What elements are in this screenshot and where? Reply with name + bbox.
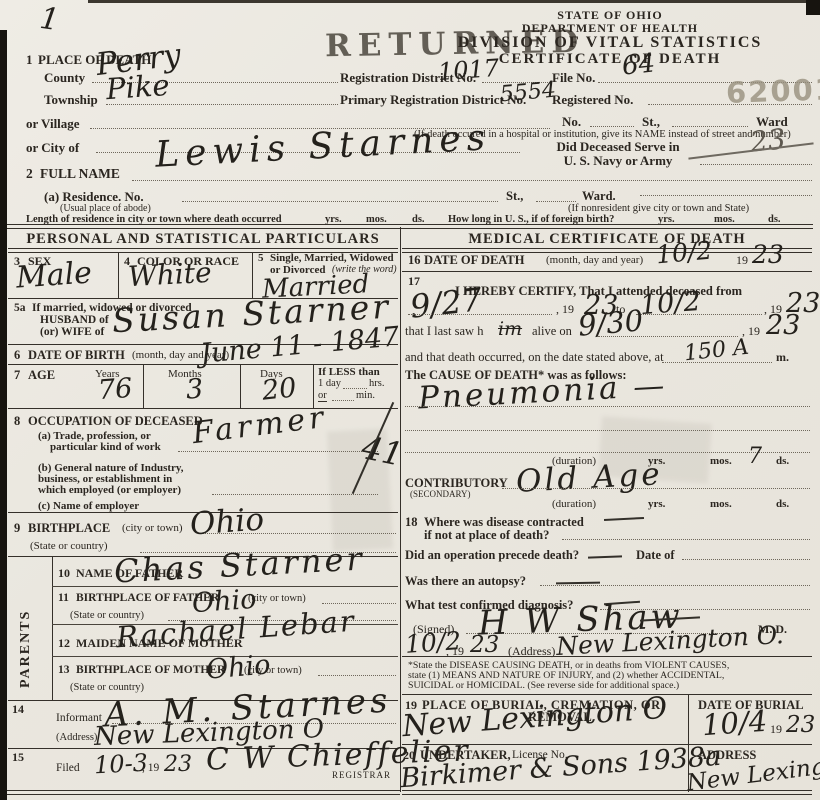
row-rule: [8, 364, 398, 365]
sex-cell-divider: [118, 252, 119, 298]
if-less-label-1: If LESS than: [318, 366, 380, 378]
filed-number: 15: [12, 750, 24, 765]
state-header-line3: DIVISION OF VITAL STATISTICS: [410, 34, 810, 52]
attended-to-value: 10/2: [639, 286, 702, 321]
secondary-duration-ds: ds.: [776, 498, 789, 510]
date-of-death-19: 19: [736, 253, 748, 268]
primary-registration-label: Primary Registration District No.: [340, 92, 526, 108]
occupation-label: OCCUPATION OF DECEASED: [28, 414, 203, 429]
row-rule: [8, 408, 398, 409]
residence-st-label: St.,: [506, 189, 523, 204]
father-birthplace-number: 11: [58, 592, 69, 604]
serve-line: [700, 164, 812, 165]
occupation-c-label: (c) Name of employer: [38, 500, 139, 512]
signed-year: 23: [470, 632, 499, 658]
fullname-label: FULL NAME: [40, 166, 120, 182]
date-of-death-label: DATE OF DEATH: [424, 253, 524, 268]
contributory-value: Old Age: [515, 456, 663, 500]
informant-number: 14: [12, 702, 24, 717]
father-birthplace-note: (city or town): [248, 593, 306, 604]
date-of-death-value: 10/2: [655, 236, 713, 270]
secondary-duration-yrs: yrs.: [648, 498, 665, 510]
bottom-rule-left: [7, 790, 400, 795]
marital-number: 5: [258, 252, 264, 264]
age-days-value: 20: [260, 372, 297, 406]
burial-date-value: 10/4: [701, 704, 768, 742]
attended-to-line: [636, 314, 762, 315]
spouse-label-2: HUSBAND of: [40, 314, 109, 326]
serve-value: 23: [748, 122, 787, 159]
attended-from-line: [408, 314, 552, 315]
age-years-value: 76: [97, 373, 133, 406]
secondary-duration-mos: mos.: [710, 498, 732, 510]
scan-edge-left: [0, 30, 7, 800]
burial-year: 23: [786, 712, 815, 738]
residence-ward-label: Ward.: [582, 189, 616, 204]
primary-registration-value: 5554: [499, 78, 557, 108]
operation-answer-dash: [588, 555, 622, 558]
operation-date-line: [682, 559, 810, 560]
last-saw-label-2: alive on: [532, 324, 572, 339]
age-number: 7: [14, 368, 20, 383]
marital-label-1: Single, Married, Widowed: [270, 252, 394, 264]
filed-date-value: 10-3: [93, 749, 148, 780]
abode-note: (Usual place of abode): [60, 203, 151, 214]
race-cell-divider: [252, 252, 253, 298]
date-of-death-note: (month, day and year): [546, 254, 643, 266]
informant-address-label: (Address): [56, 732, 97, 743]
filed-19-printed: , 19: [142, 762, 159, 774]
operation-label: Did an operation precede death?: [405, 548, 579, 563]
birthplace-number: 9: [14, 521, 20, 536]
county-label: County: [44, 70, 85, 86]
cause-duration-ds-value: 7: [748, 444, 762, 469]
q18-line: [562, 539, 810, 540]
father-number: 10: [58, 566, 70, 581]
birthplace-note-2: (State or country): [30, 540, 108, 552]
dob-number: 6: [14, 348, 20, 363]
last-saw-scribble: im: [498, 318, 522, 340]
age-cell-divider: [143, 364, 144, 408]
mother-birthplace-number: 13: [58, 664, 70, 676]
if-less-hrs: hrs.: [369, 378, 384, 389]
mother-birthplace-note-2: (State or country): [70, 682, 144, 693]
corner-mark: 1: [38, 1, 62, 38]
death-occurred-label: and that death occurred, on the date sta…: [405, 350, 664, 365]
scan-edge-top: [88, 0, 820, 3]
registered-no-label: Registered No.: [552, 92, 633, 108]
file-no-value: 64: [621, 48, 657, 81]
registrar-label: REGISTRAR: [332, 770, 391, 780]
footnote-line3: SUICIDAL or HOMICIDAL. (See reverse side…: [408, 680, 679, 691]
filed-label: Filed: [56, 762, 80, 774]
birthplace-note: (city or town): [122, 522, 182, 534]
contributory-note: (SECONDARY): [410, 489, 471, 499]
sex-value: Male: [15, 255, 93, 295]
operation-date-label: Date of: [636, 548, 675, 563]
spouse-label-3: (or) WIFE of: [40, 326, 104, 338]
age-months-value: 3: [185, 373, 204, 405]
registration-district-value: 1017: [437, 54, 500, 86]
q18-label-2: if not at place of death?: [424, 528, 549, 543]
death-certificate-document: 1 RETURNED STATE OF OHIO DEPARTMENT OF H…: [0, 0, 820, 800]
filed-year-value: 23: [164, 752, 192, 777]
village-st-line: [672, 126, 748, 127]
row-rule: [402, 656, 812, 657]
bottom-rule-right: [402, 790, 812, 795]
race-value: White: [127, 256, 212, 293]
place-of-death-number: 1: [26, 52, 33, 68]
father-value: Chas Starner: [113, 539, 365, 590]
file-no-label: File No.: [552, 70, 595, 86]
row-rule: [402, 271, 812, 272]
spouse-number: 5a: [14, 302, 26, 314]
occupation-a-line: [178, 451, 378, 452]
father-birthplace-line: [322, 603, 396, 604]
mother-birthplace-value: Ohio: [205, 649, 272, 685]
mother-birthplace-line: [318, 675, 396, 676]
mother-number: 12: [58, 636, 70, 651]
autopsy-line: [540, 585, 810, 586]
age-cell-divider: [240, 364, 241, 408]
last-saw-label-1: that I last saw h: [405, 324, 483, 339]
attended-from-value: 9/27: [408, 280, 483, 325]
village-label: or Village: [26, 116, 80, 132]
occupation-b-label-3: which employed (or employer): [38, 484, 181, 496]
if-less-label-2: 1 day: [318, 378, 341, 389]
cause-duration-ds: ds.: [776, 455, 789, 467]
township-label: Township: [44, 92, 98, 108]
if-less-min: min.: [356, 390, 375, 401]
parents-label: PARENTS: [18, 572, 34, 688]
personal-section-title: PERSONAL AND STATISTICAL PARTICULARS: [8, 231, 398, 248]
fullname-line: [132, 180, 812, 181]
secondary-duration-label: (duration): [552, 498, 596, 510]
township-value: Pike: [105, 68, 171, 106]
nonresident-note: (If nonresident give city or town and St…: [568, 203, 749, 214]
if-less-hrs-line: [343, 388, 367, 389]
residence-ward-line: [640, 195, 812, 196]
age-label: AGE: [28, 368, 55, 383]
fullname-number: 2: [26, 166, 33, 182]
village-no-line: [590, 126, 634, 127]
registered-no-stamp: 62001: [725, 72, 820, 110]
autopsy-label: Was there an autopsy?: [405, 574, 526, 589]
undertaker-number: 20: [403, 748, 415, 763]
autopsy-answer-dash: [556, 582, 600, 585]
village-no-label: No.: [562, 114, 581, 130]
occupation-number: 8: [14, 414, 20, 429]
attended-from-19: , 19: [556, 302, 574, 317]
date-of-death-year: 23: [752, 240, 784, 269]
city-label: or City of: [26, 140, 79, 156]
township-line: [106, 104, 338, 105]
q18-answer-dash: [604, 517, 644, 521]
residence-line: [182, 201, 498, 202]
fullname-value: Lewis Starnes: [154, 117, 492, 176]
q18-number: 18: [405, 515, 418, 530]
dob-label: DATE OF BIRTH: [28, 348, 125, 363]
death-time-m: m.: [776, 350, 789, 365]
cause-duration-mos: mos.: [710, 455, 732, 467]
undertaker-address-label: ADDRESS: [698, 748, 756, 763]
section-divider: [7, 224, 813, 229]
row-rule: [402, 744, 812, 745]
date-of-death-number: 16: [408, 253, 421, 268]
residence-st-line: [536, 201, 576, 202]
serve-label-2: U. S. Navy or Army: [528, 153, 708, 169]
occupation-a-label-2: particular kind of work: [50, 441, 161, 453]
medical-section-title: MEDICAL CERTIFICATE OF DEATH: [402, 231, 812, 248]
parents-cell-divider: [52, 556, 53, 700]
mother-birthplace-label: BIRTHPLACE OF MOTHER: [76, 664, 225, 676]
if-less-min-line: [332, 400, 354, 401]
birthplace-value: Ohio: [189, 501, 265, 542]
village-st-label: St.,: [642, 114, 660, 130]
burial-19: 19: [770, 722, 782, 737]
cause-line-1: [405, 406, 810, 407]
birthplace-label: BIRTHPLACE: [28, 521, 110, 536]
contributory-line: [502, 488, 810, 489]
cause-line-2: [405, 430, 810, 431]
column-divider: [400, 227, 401, 792]
last-saw-year: 23: [766, 310, 800, 341]
